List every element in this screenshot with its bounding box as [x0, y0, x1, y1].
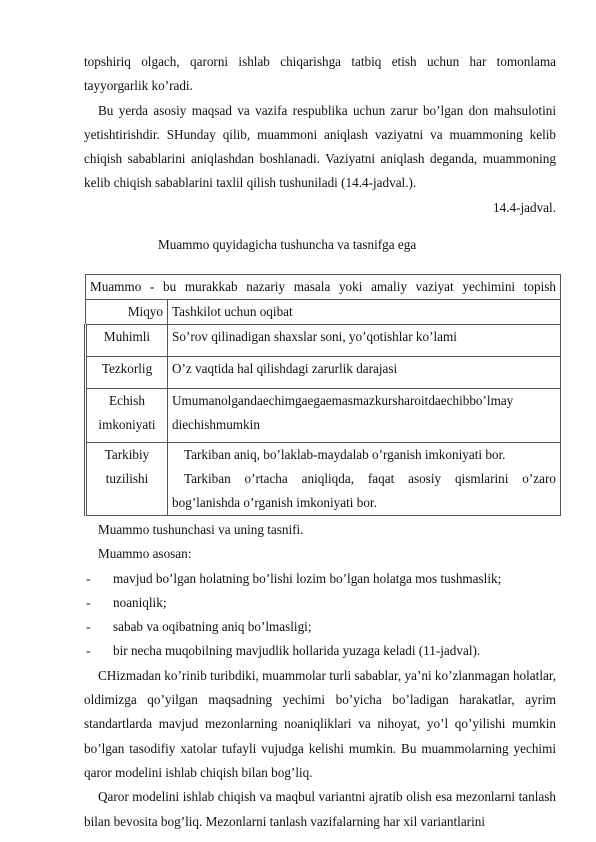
- bullet-dash: -: [84, 639, 113, 663]
- table-row: Tezkorlig O’z vaqtida hal qilishdagi zar…: [86, 357, 561, 389]
- table-caption: Muammo quyidagicha tushuncha va tasnifga…: [84, 233, 556, 257]
- document-top: topshiriq olgach, qarorni ishlab chiqari…: [84, 50, 556, 270]
- row-value-importance: So’rov qilinadigan shaxslar soni, yo’qot…: [168, 325, 561, 357]
- table-label: 14.4-jadval.: [84, 196, 556, 220]
- row-label-scale: Miqyo: [86, 300, 168, 325]
- table-row: Miqyo Tashkilot uchun oqibat: [86, 300, 561, 325]
- structure-value-1: Tarkiban aniq, bo’laklab-maydalab o’rgan…: [172, 443, 556, 467]
- list-item: -bir necha muqobilning mavjudlik hollari…: [84, 639, 556, 663]
- bullet-dash: -: [84, 615, 113, 639]
- bullet-list: -mavjud bo’lgan holatning bo’lishi lozim…: [84, 567, 556, 664]
- list-item-text: bir necha muqobilning mavjudlik hollarid…: [113, 639, 480, 663]
- row-label-structure: Tarkibiy tuzilishi: [86, 443, 168, 516]
- paragraph-causes: CHizmadan ko’rinib turibdiki, muammolar …: [84, 664, 556, 785]
- document-bottom: Muammo tushunchasi va uning tasnifi. Mua…: [84, 518, 556, 834]
- classification-table: Muammo - bu murakkab nazariy masala yoki…: [84, 274, 561, 516]
- text-problem-basis: Muammo asosan:: [84, 542, 556, 566]
- row-value-structure: Tarkiban aniq, bo’laklab-maydalab o’rgan…: [168, 443, 561, 516]
- table-header-cell: Muammo - bu murakkab nazariy masala yoki…: [86, 275, 561, 300]
- row-label-urgency: Tezkorlig: [86, 357, 168, 389]
- row-value-scale: Tashkilot uchun oqibat: [168, 300, 561, 325]
- table-row: Tarkibiy tuzilishi Tarkiban aniq, bo’lak…: [86, 443, 561, 516]
- row-value-urgency: O’z vaqtida hal qilishdagi zarurlik dara…: [168, 357, 561, 389]
- text-problem-concept: Muammo tushunchasi va uning tasnifi.: [84, 518, 556, 542]
- list-item: -noaniqlik;: [84, 591, 556, 615]
- paragraph-intro: topshiriq olgach, qarorni ishlab chiqari…: [84, 50, 556, 99]
- list-item-text: mavjud bo’lgan holatning bo’lishi lozim …: [113, 567, 501, 591]
- table-row: Echish imkoniyati Umumanolgandaechimgaeg…: [86, 389, 561, 443]
- list-item: -sabab va oqibatning aniq bo’lmasligi;: [84, 615, 556, 639]
- structure-value-2: Tarkiban o’rtacha aniqliqda, faqat asosi…: [172, 467, 556, 515]
- row-label-solvability: Echish imkoniyati: [86, 389, 168, 443]
- row-label-importance: Muhimli: [86, 325, 168, 357]
- table-header-row: Muammo - bu murakkab nazariy masala yoki…: [86, 275, 561, 300]
- table-row: Muhimli So’rov qilinadigan shaxslar soni…: [86, 325, 561, 357]
- paragraph-decision-model: Qaror modelini ishlab chiqish va maqbul …: [84, 785, 556, 834]
- bullet-dash: -: [84, 567, 113, 591]
- list-item-text: noaniqlik;: [113, 591, 166, 615]
- bullet-dash: -: [84, 591, 113, 615]
- row-value-solvability: Umumanolgandaechimgaegaemasmazkursharoit…: [168, 389, 561, 443]
- list-item-text: sabab va oqibatning aniq bo’lmasligi;: [113, 615, 312, 639]
- list-item: -mavjud bo’lgan holatning bo’lishi lozim…: [84, 567, 556, 591]
- paragraph-purpose: Bu yerda asosiy maqsad va vazifa respubl…: [84, 99, 556, 196]
